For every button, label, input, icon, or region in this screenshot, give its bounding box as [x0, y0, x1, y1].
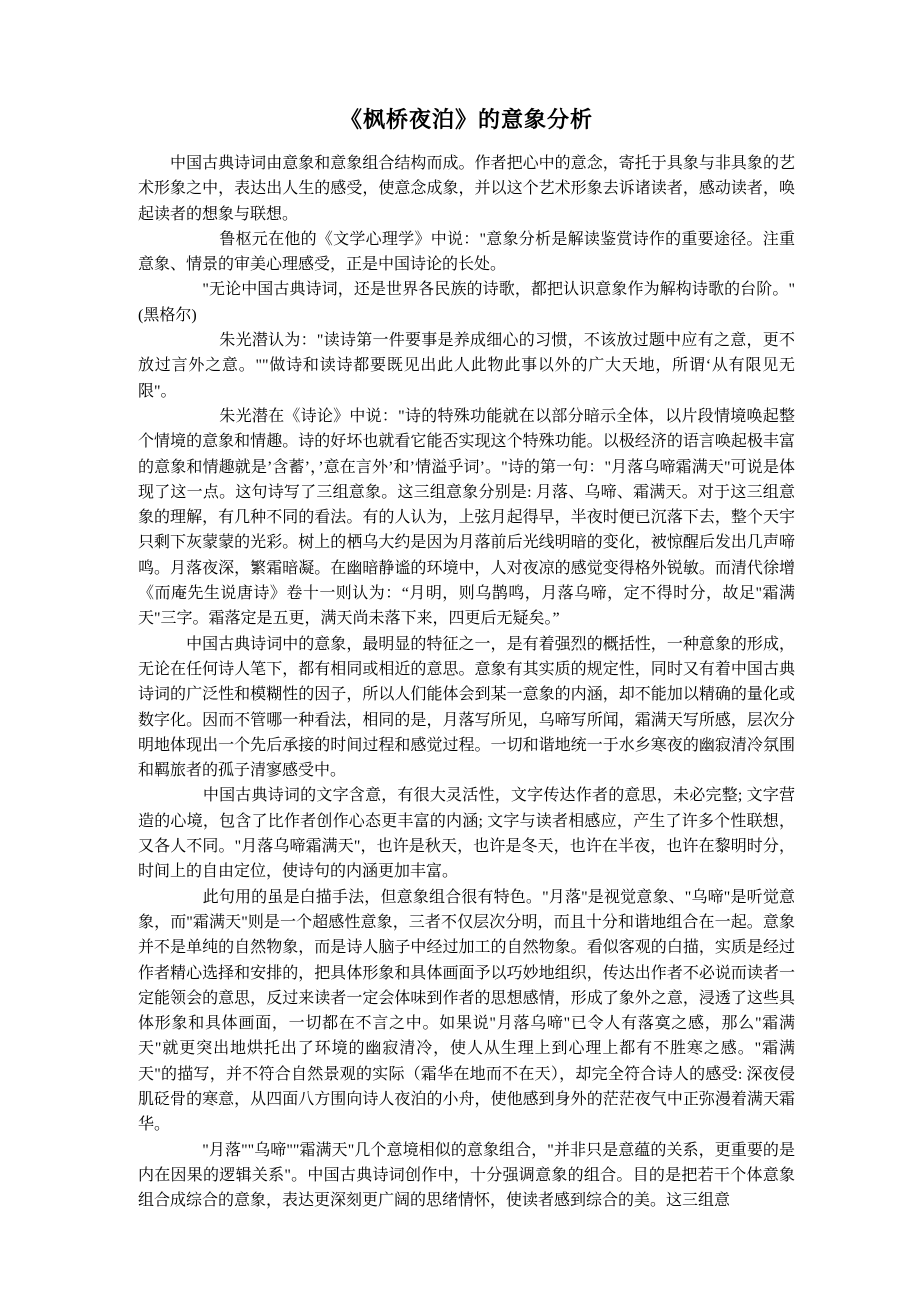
paragraph: 中国古典诗词中的意象，最明显的特征之一，是有着强烈的概括性，一种意象的形成，无论…	[138, 632, 795, 784]
paragraph: "无论中国古典诗词，还是世界各民族的诗歌，都把认识意象作为解构诗歌的台阶。"(黑…	[138, 277, 795, 328]
paragraph: 中国古典诗词的文字含意，有很大灵活性，文字传达作者的意思，未必完整; 文字营造的…	[138, 783, 795, 884]
paragraph: 朱光潜在《诗论》中说："诗的特殊功能就在以部分暗示全体，以片段情境唤起整个情境的…	[138, 404, 795, 632]
paragraph: 鲁枢元在他的《文学心理学》中说："意象分析是解读鉴赏诗作的重要途径。注重意象、情…	[138, 227, 795, 278]
paragraph: 此句用的虽是白描手法，但意象组合很有特色。"月落"是视觉意象、"乌啼"是听觉意象…	[138, 885, 795, 1138]
page-title: 《枫桥夜泊》的意象分析	[138, 102, 795, 138]
document-body: 中国古典诗词由意象和意象组合结构而成。作者把心中的意念，寄托于具象与非具象的艺术…	[138, 151, 795, 1213]
paragraph: 中国古典诗词由意象和意象组合结构而成。作者把心中的意念，寄托于具象与非具象的艺术…	[138, 151, 795, 227]
paragraph: "月落""乌啼""霜满天"几个意境相似的意象组合，"并非只是意蕴的关系，更重要的…	[138, 1138, 795, 1214]
paragraph: 朱光潜认为："读诗第一件要事是养成细心的习惯，不该放过题中应有之意，更不放过言外…	[138, 328, 795, 404]
document-page: 《枫桥夜泊》的意象分析 中国古典诗词由意象和意象组合结构而成。作者把心中的意念，…	[0, 0, 920, 1302]
